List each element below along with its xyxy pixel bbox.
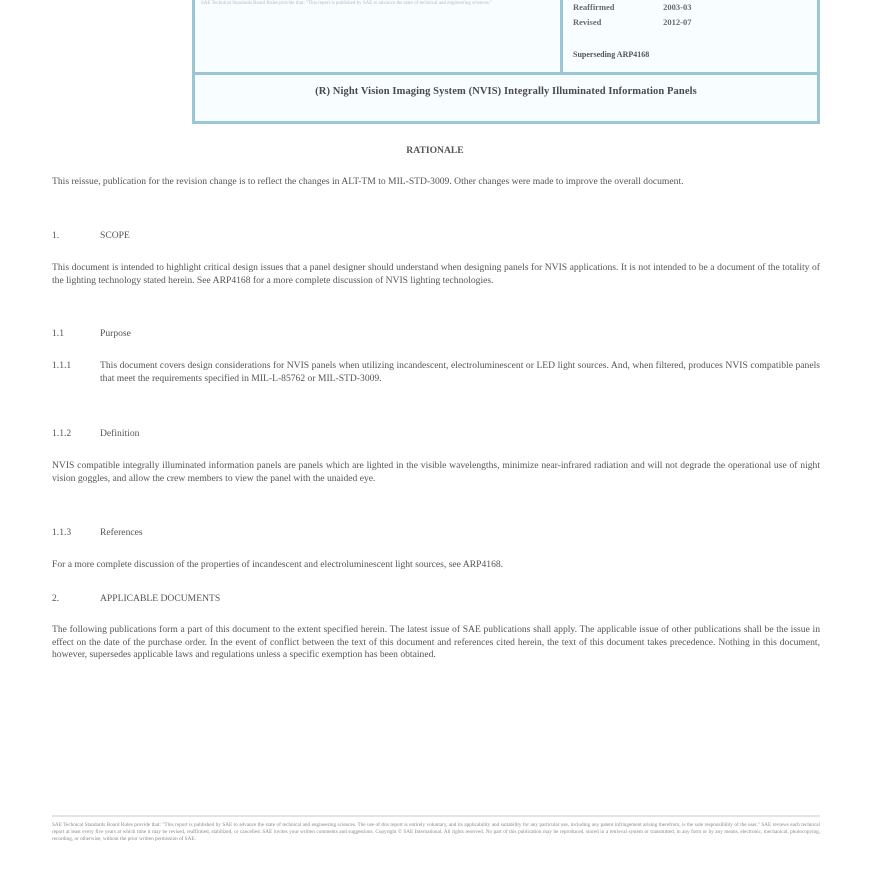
- header-notice: SAE Technical Standards Board Rules prov…: [195, 0, 563, 72]
- section-applicable-heading: 2.APPLICABLE DOCUMENTS: [52, 593, 220, 604]
- document-header-box: SAE Technical Standards Board Rules prov…: [192, 0, 820, 124]
- section-number: 1.: [52, 230, 100, 241]
- meta-value: 2012-07: [663, 17, 691, 27]
- section-purpose-heading: 1.1Purpose: [52, 328, 131, 339]
- meta-label: Reaffirmed: [573, 2, 661, 12]
- meta-label: Revised: [573, 17, 661, 27]
- section-reference-heading: 1.1.3References: [52, 527, 143, 538]
- meta-value: 2003-03: [663, 2, 691, 12]
- section-title: Definition: [100, 428, 139, 439]
- rationale-text: This reissue, publication for the revisi…: [52, 176, 820, 189]
- paragraph-text: This document covers design consideratio…: [100, 360, 820, 385]
- section-number: 1.1: [52, 328, 100, 339]
- meta-revised: Revised 2012-07: [573, 17, 691, 27]
- paragraph-1-1-1: 1.1.1 This document covers design consid…: [52, 360, 820, 385]
- section-title: APPLICABLE DOCUMENTS: [100, 593, 220, 604]
- section-number: 1.1.3: [52, 527, 100, 538]
- footer-notice: SAE Technical Standards Board Rules prov…: [52, 822, 820, 842]
- section-definition-heading: 1.1.2Definition: [52, 428, 139, 439]
- footer-divider: [52, 815, 820, 817]
- header-top-row: SAE Technical Standards Board Rules prov…: [195, 0, 817, 75]
- scope-text: This document is intended to highlight c…: [52, 262, 820, 287]
- superseding-note: Superseding ARP4168: [573, 50, 649, 59]
- meta-reaffirmed: Reaffirmed 2003-03: [573, 2, 691, 12]
- section-number: 2.: [52, 593, 100, 604]
- header-meta: Reaffirmed 2003-03 Revised 2012-07 Super…: [569, 0, 817, 72]
- rationale-heading: RATIONALE: [0, 145, 870, 156]
- section-number: 1.1.2: [52, 428, 100, 439]
- reference-text: For a more complete discussion of the pr…: [52, 559, 820, 572]
- section-title: Purpose: [100, 328, 131, 339]
- applicable-text: The following publications form a part o…: [52, 624, 820, 662]
- paragraph-number: 1.1.1: [52, 360, 71, 373]
- document-title: (R) Night Vision Imaging System (NVIS) I…: [195, 86, 817, 97]
- section-scope-heading: 1.SCOPE: [52, 230, 130, 241]
- section-title: SCOPE: [100, 230, 130, 241]
- definition-text: NVIS compatible integrally illuminated i…: [52, 460, 820, 485]
- section-title: References: [100, 527, 143, 538]
